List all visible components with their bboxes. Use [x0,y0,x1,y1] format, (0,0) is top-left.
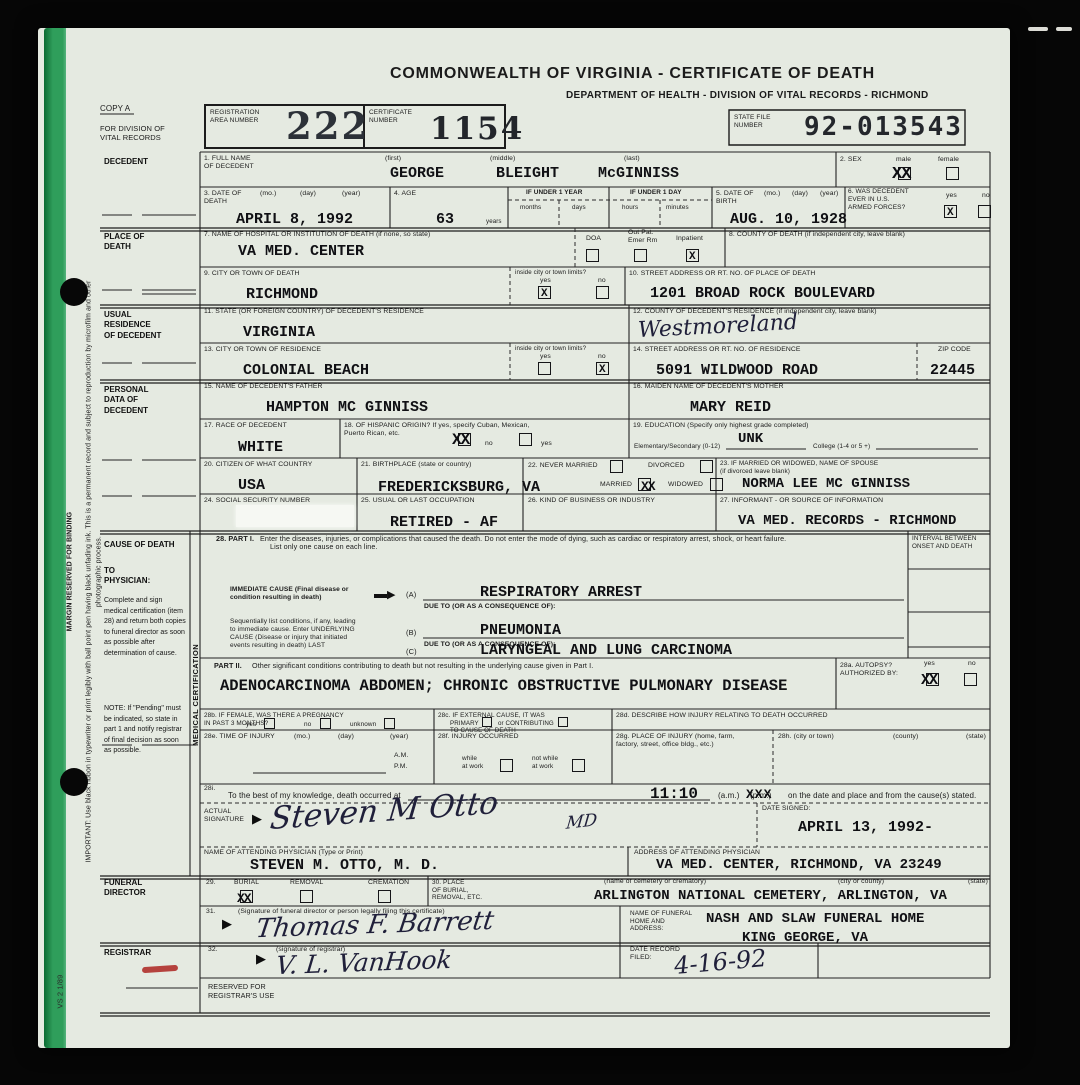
state-file-number: 92-013543 [804,114,963,140]
field-26-label: 26. KIND OF BUSINESS OR INDUSTRY [528,497,655,505]
birthplace-value: FREDERICKSBURG, VA [378,480,540,495]
cremation-label: CREMATION [368,879,409,887]
part1-number: 28. PART I. [216,535,254,544]
funeral-director-signature: Thomas F. Barrett [254,908,495,942]
res-limits-no: no [598,353,606,361]
section-decedent: DECEDENT [104,157,148,167]
field-21-label: 21. BIRTHPLACE (state or country) [361,461,471,469]
injury-mo: (mo.) [294,733,310,741]
field-1-last-label: (last) [624,155,640,163]
part2-number: PART II. [214,662,242,671]
part2-text: Other significant conditions contributin… [252,662,812,671]
date-signed-label: DATE SIGNED: [762,805,811,813]
death-limits-yes-mark: X [541,289,547,300]
field-1-middle-label: (middle) [490,155,515,163]
divorced-label: DIVORCED [648,462,685,470]
copy-label: COPY A [100,104,130,114]
under-1-day-label: IF UNDER 1 DAY [630,189,682,197]
funeral-home-name: NASH AND SLAW FUNERAL HOME [706,912,924,926]
pointer-icon: ▶ [252,811,262,827]
cause-c-value: LARYNGEAL AND LUNG CARCINOMA [480,643,732,658]
page-title: COMMONWEALTH OF VIRGINIA - CERTIFICATE O… [390,64,875,83]
res-limits-yes: yes [540,353,551,361]
medical-certification-label: MEDICAL CERTIFICATION [191,637,201,753]
field-24-label: 24. SOCIAL SECURITY NUMBER [204,497,310,505]
checkbox-pregnancy-unknown [384,718,395,729]
street-of-death-value: 1201 BROAD ROCK BOULEVARD [650,286,875,301]
part1-instructions-2: List only one cause on each line. [270,543,378,552]
checkbox-autopsy-no [964,673,977,686]
field-28h-label: 28h. (city or town) [778,733,834,741]
residence-street-value: 5091 WILDWOOD ROAD [656,363,818,378]
time-of-death-value: 11:10 [650,786,698,802]
date-signed-value: APRIL 13, 1992- [798,820,933,835]
residence-state-value: VIRGINIA [243,325,315,340]
registrar-signature: V. L. VanHook [275,947,453,978]
burial-place-value: ARLINGTON NATIONAL CEMETERY, ARLINGTON, … [594,889,947,903]
death-limits-no: no [598,277,606,285]
field-4-label: 4. AGE [394,190,416,198]
city-county-label: (city or county) [838,878,884,886]
hospital-value: VA MED. CENTER [238,244,364,259]
hispanic-yes-label: yes [541,440,552,448]
checkbox-outpatient [634,249,647,262]
field-16-label: 16. MAIDEN NAME OF DECEDENT'S MOTHER [633,383,784,391]
checkbox-widowed [710,478,723,491]
res-limits-label: inside city or town limits? [515,345,586,352]
inpatient-mark: X [689,252,695,263]
section-registrar: REGISTRAR [104,948,151,958]
field-5-day: (day) [792,190,808,198]
field-3-year: (year) [342,190,360,198]
field-19-label: 19. EDUCATION (Specify only highest grad… [633,422,808,430]
checkbox-pregnancy-yes [264,718,275,729]
section-to-physician: TO PHYSICIAN: [104,566,150,587]
outpatient-label: Out Pat. Emer Rm [628,229,657,245]
checkbox-while-at-work [500,759,513,772]
field-28i-label: 28i. [204,785,215,793]
res-limits-no-mark: X [599,365,605,376]
section-personal-data: PERSONAL DATA OF DECEDENT [104,385,148,416]
under-1-day-minutes: minutes [666,204,689,212]
injury-year: (year) [390,733,408,741]
autopsy-no-label: no [968,660,976,668]
field-10-label: 10. STREET ADDRESS OR RT. NO. OF PLACE O… [629,270,815,278]
inpatient-label: Inpatient [676,235,703,243]
checkbox-divorced [700,460,713,473]
registration-area-label: REGISTRATION AREA NUMBER [210,109,259,125]
field-8-label: 8. COUNTY OF DEATH (if independent city,… [729,231,905,239]
father-value: HAMPTON MC GINNISS [266,400,428,415]
cause-a-due-to: DUE TO (OR AS A CONSEQUENCE OF): [424,603,555,611]
while-at-work-label: while at work [462,755,483,770]
cause-a-value: RESPIRATORY ARREST [480,585,642,600]
field-28g-label: 28g. PLACE OF INJURY (home, farm, factor… [616,733,735,749]
field-5-year: (year) [820,190,838,198]
actual-signature-label: ACTUAL SIGNATURE [204,808,244,824]
physician-instructions: Complete and sign medical certification … [104,596,188,659]
field-25-label: 25. USUAL OR LAST OCCUPATION [361,497,475,505]
field-14-label: 14. STREET ADDRESS OR RT. NO. OF RESIDEN… [633,346,801,354]
burial-mark: XX [237,892,251,905]
field-1-label: 1. FULL NAME OF DECEDENT [204,155,254,171]
checkbox-cremation [378,890,391,903]
hispanic-no-mark: XX [452,432,469,448]
under-1-year-label: IF UNDER 1 YEAR [526,189,582,197]
pending-note: NOTE: If "Pending" must be indicated, so… [104,704,188,757]
checkbox-res-limits-yes [538,362,551,375]
field-27-label: 27. INFORMANT - OR SOURCE OF INFORMATION [720,497,883,505]
sex-male-mark: XX [892,166,910,183]
cause-b-value: PNEUMONIA [480,623,561,638]
checkbox-not-while-at-work [572,759,585,772]
field-30-label: 30. PLACE OF BURIAL, REMOVAL, ETC. [432,879,482,902]
city-of-death-value: RICHMOND [246,287,318,302]
widowed-label: WIDOWED [668,481,703,489]
injury-am-label: A.M. [394,752,408,760]
checkbox-removal [300,890,313,903]
ssn-redaction [236,505,354,527]
section-place-of-death: PLACE OF DEATH [104,232,144,253]
copy-for-label: FOR DIVISION OF VITAL RECORDS [100,124,165,142]
checkbox-contributing [558,717,568,727]
field-9-label: 9. CITY OR TOWN OF DEATH [204,270,300,278]
field-3-day: (day) [300,190,316,198]
injury-day: (day) [338,733,354,741]
mother-value: MARY REID [690,400,771,415]
zip-label: ZIP CODE [938,346,971,354]
pregnancy-yes-label: yes [246,721,256,729]
section-usual-residence: USUAL RESIDENCE OF DECEDENT [104,310,161,341]
field-18-label: 18. OF HISPANIC ORIGIN? If yes, specify … [344,422,530,438]
education-value: UNK [738,432,763,446]
race-value: WHITE [238,440,283,455]
autopsy-yes-label: yes [924,660,935,668]
scan-artifact [1056,27,1072,31]
removal-label: REMOVAL [290,879,323,887]
field-11-label: 11. STATE (OR FOREIGN COUNTRY) OF DECEDE… [204,308,424,316]
injury-pm-label: P.M. [394,763,408,771]
field-22-never-married: 22. NEVER MARRIED [528,462,598,470]
injury-county-label: (county) [893,733,918,741]
informant-value: VA MED. RECORDS - RICHMOND [738,514,956,528]
field-17-label: 17. RACE OF DECEDENT [204,422,287,430]
pregnancy-no-label: no [304,721,311,729]
funeral-home-label: NAME OF FUNERAL HOME AND ADDRESS: [630,910,692,933]
pointer-icon: ▶ [222,916,232,932]
injury-state-label: (state) [966,733,986,741]
section-cause-of-death: CAUSE OF DEATH [104,540,175,550]
under-1-year-days: days [572,204,586,212]
occupation-value: RETIRED - AF [390,515,498,530]
residence-city-value: COLONIAL BEACH [243,363,369,378]
pregnancy-unknown-label: unknown [350,721,376,729]
citizen-value: USA [238,478,265,493]
spouse-value: NORMA LEE MC GINNISS [742,477,910,491]
attending-physician-name: STEVEN M. OTTO, M. D. [250,858,439,873]
field-28f-label: 28f. INJURY OCCURRED [438,733,519,741]
attending-physician-address-label: ADDRESS OF ATTENDING PHYSICIAN [634,849,760,857]
sequential-label: Sequentially list conditions, if any, le… [230,618,356,650]
checkbox-sex-female [946,167,959,180]
age-value: 63 [436,212,454,227]
hispanic-no-label: no [485,440,493,448]
married-mark: XX [641,480,655,493]
education-college-label: College (1-4 or 5 +) [813,443,870,451]
death-limits-label: inside city or town limits? [515,269,586,276]
checkbox-doa [586,249,599,262]
cause-b-label: (B) [406,628,416,637]
armed-forces-yes-mark: X [947,208,953,219]
page-subtitle: DEPARTMENT OF HEALTH - DIVISION OF VITAL… [566,90,929,102]
doa-label: DOA [586,235,601,243]
burial-label: BURIAL [234,879,259,887]
state-file-label: STATE FILE NUMBER [734,114,771,130]
field-5-mo: (mo.) [764,190,780,198]
attending-physician-name-label: NAME OF ATTENDING PHYSICIAN (Type or Pri… [204,849,363,857]
sex-male-label: male [896,156,911,164]
date-of-death-value: APRIL 8, 1992 [236,212,353,227]
field-5-label: 5. DATE OF BIRTH [716,190,754,206]
cause-c-label: (C) [406,647,417,656]
name-first-value: GEORGE [390,166,444,181]
age-years-label: years [486,218,502,225]
arrow-right-icon: ▶ [387,588,395,601]
checkbox-armed-forces-no [978,205,991,218]
field-15-label: 15. NAME OF DECEDENT'S FATHER [204,383,323,391]
arrow-bar [374,594,387,598]
zip-value: 22445 [930,363,975,378]
interval-header: INTERVAL BETWEEN ONSET AND DEATH [912,535,976,550]
under-1-year-months: months [520,204,541,212]
am-label: (a.m.) [718,791,740,801]
cemetery-label: (name of cemetery or crematory) [604,878,706,886]
married-label: MARRIED [600,481,632,489]
state-label: (state) [968,878,988,886]
certificate-scan: MARGIN RESERVED FOR BINDING IMPORTANT: U… [38,28,1010,1048]
immediate-cause-label: IMMEDIATE CAUSE (Final disease or condit… [230,586,349,602]
field-31-number: 31. [206,908,216,916]
field-3-mo: (mo.) [260,190,276,198]
education-elementary-label: Elementary/Secondary (0-12) [634,443,720,451]
sex-female-label: female [938,156,959,164]
field-6-label: 6. WAS DECEDENT EVER IN U.S. ARMED FORCE… [848,188,909,211]
field-29-number: 29. [206,879,216,887]
field-23-label: 23. IF MARRIED OR WIDOWED, NAME OF SPOUS… [720,460,878,475]
physician-signature-suffix: MD [565,812,598,833]
pointer-icon: ▶ [256,951,266,967]
name-middle-value: BLEIGHT [496,166,559,181]
field-20-label: 20. CITIZEN OF WHAT COUNTRY [204,461,312,469]
under-1-day-hours: hours [622,204,638,212]
armed-forces-yes-label: yes [946,192,957,200]
funeral-home-city: KING GEORGE, VA [742,931,868,945]
reserved-label: RESERVED FOR REGISTRAR'S USE [208,983,274,1000]
scan-artifact [1028,27,1048,31]
checkbox-hispanic-yes [519,433,532,446]
field-7-label: 7. NAME OF HOSPITAL OR INSTITUTION OF DE… [204,231,430,239]
field-13-label: 13. CITY OR TOWN OF RESIDENCE [204,346,321,354]
field-3-label: 3. DATE OF DEATH [204,190,242,206]
field-2-label: 2. SEX [840,156,862,164]
field-32-number: 32. [208,946,218,954]
armed-forces-no-label: no [982,192,990,200]
section-funeral-director: FUNERAL DIRECTOR [104,878,146,899]
attending-physician-address: VA MED. CENTER, RICHMOND, VA 23249 [656,858,942,872]
death-limits-yes: yes [540,277,551,285]
registration-area-number: 222 [286,108,369,145]
pm-strike-mark: XXX [746,788,772,801]
autopsy-yes-mark: XX [921,673,937,688]
checkbox-pregnancy-no [320,718,331,729]
not-while-at-work-label: not while at work [532,755,558,770]
checkbox-never-married [610,460,623,473]
part2-value: ADENOCARCINOMA ABDOMEN; CHRONIC OBSTRUCT… [220,679,787,695]
field-28e-label: 28e. TIME OF INJURY [204,733,275,741]
cause-a-label: (A) [406,590,416,599]
checkbox-primary [482,717,492,727]
name-last-value: McGINNISS [598,166,679,181]
certificate-number: 1154 [430,114,524,145]
certificate-number-label: CERTIFICATE NUMBER [369,109,412,125]
date-of-birth-value: AUG. 10, 1928 [730,212,847,227]
checkbox-death-limits-no [596,286,609,299]
field-28d-label: 28d. DESCRIBE HOW INJURY RELATING TO DEA… [616,712,828,720]
field-28a-label: 28a. AUTOPSY? AUTHORIZED BY: [840,662,898,678]
field-1-first-label: (first) [385,155,401,163]
knowledge-text-2: on the date and place and from the cause… [788,791,976,801]
